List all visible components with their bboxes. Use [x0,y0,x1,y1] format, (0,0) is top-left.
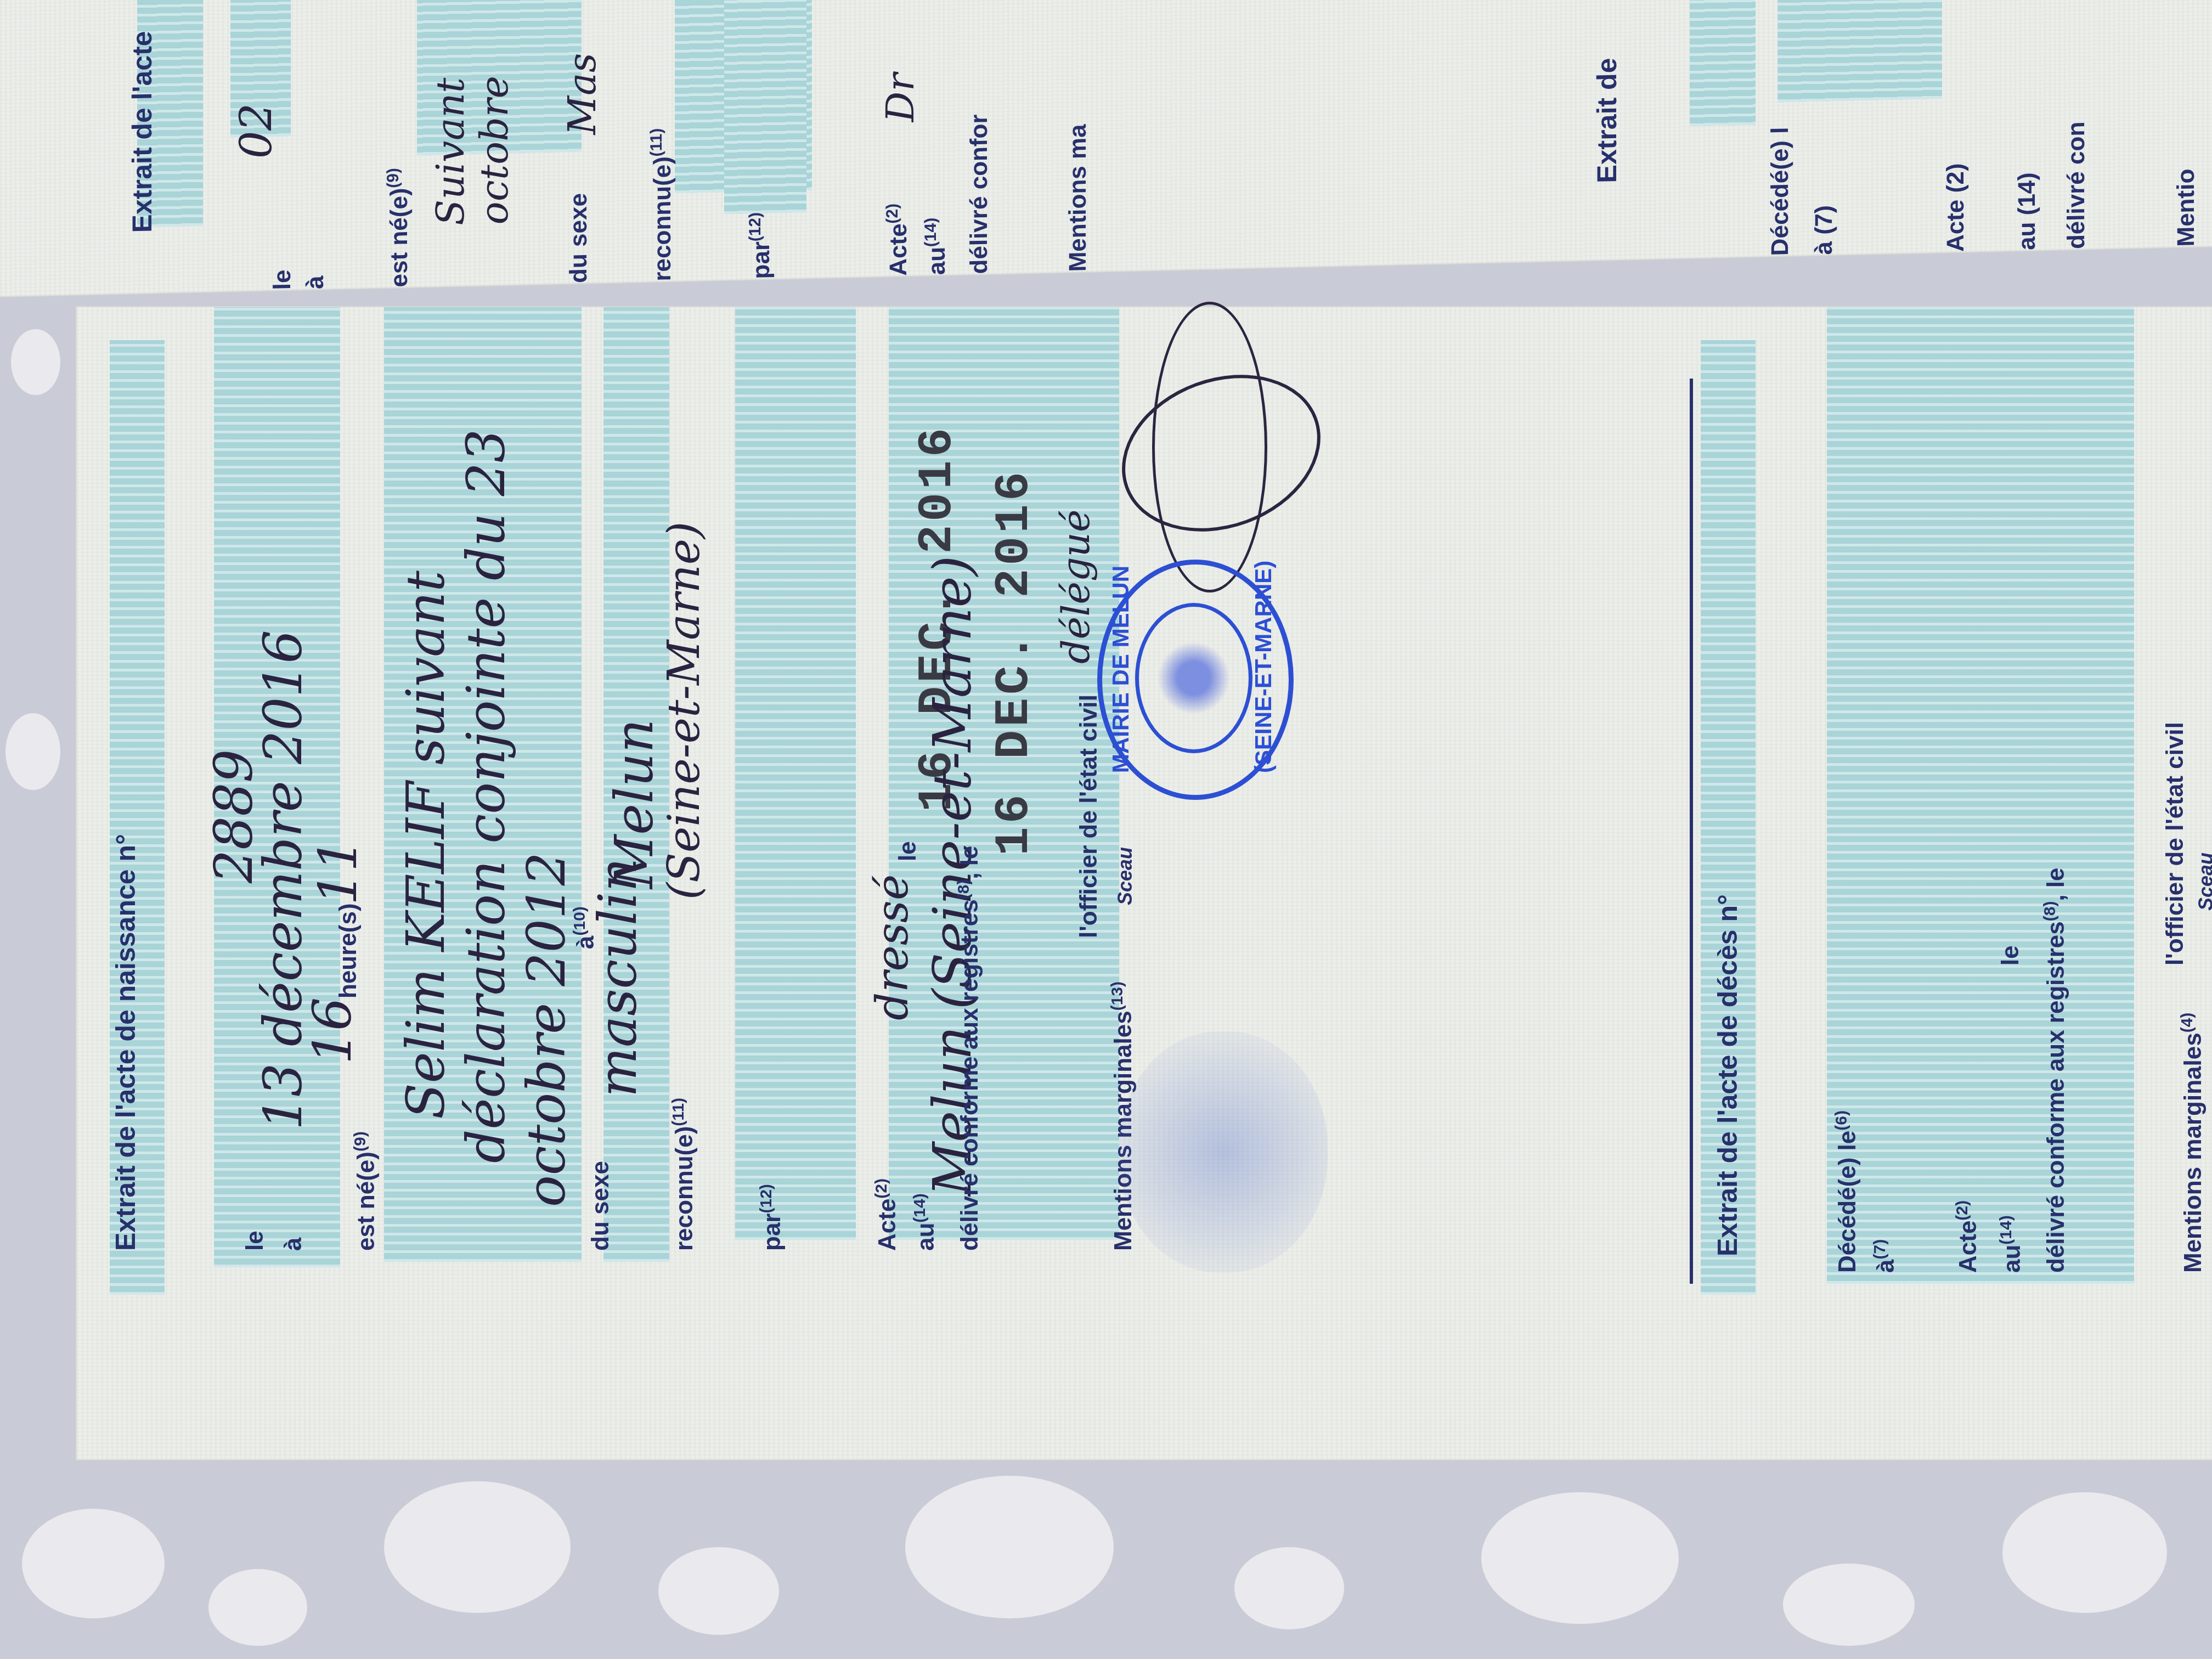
partial-label-acte: Acte(2) [883,203,912,276]
birth-label-delivre: délivré conforme aux registres(8), le [955,845,984,1251]
partial-label-delivre: délivré confor [966,114,993,274]
main-page: Extrait de l'acte de naissance n° 2889 l… [77,307,2212,1459]
birth-name-line2: déclaration conjointe du 23 [455,429,517,1163]
mairie-seal: MAIRIE DE MELUN (SEINE-ET-MARNE) [1097,560,1294,800]
partial-label-reconnu: reconnu(e)(11) [647,128,676,281]
partial-hand-line1: Suivant [428,77,473,227]
birth-label-le: le [241,1231,269,1251]
birth-name-line3: octobre 2012 [516,852,577,1207]
birth-name-line1: Selim KELIF suivant [395,571,456,1119]
partial-title: Extrait de l'acte [126,31,158,233]
death-label-au: au(14) [1997,1215,2026,1273]
birth-minutes: 11 [307,838,369,905]
partial-hand-acte: Dr [878,72,923,122]
faded-stamp [1119,1031,1328,1273]
birth-label-par: par(12) [757,1184,786,1251]
partial-label-au: au(14) [922,217,951,275]
partial-label-a: à [302,275,329,290]
partial-label-mentions: Mentions ma [1064,124,1092,272]
seal-top-text: MAIRIE DE MELUN [1108,566,1134,773]
partial-label-est-ne: est né(e)(9) [384,167,413,287]
partial-right-title: Extrait de [1591,58,1623,183]
death-divider-rule [1690,379,1693,1284]
birth-label-est-ne: est né(e)(9) [351,1131,380,1251]
partial-page-top: Extrait de l'acte 02 le à est né(e)(9) S… [0,0,2212,296]
partial-label-sexe: du sexe [565,193,592,284]
death-title: Extrait de l'acte de décès n° [1712,894,1743,1256]
birth-hour: 16 [302,997,363,1064]
birth-label-sceau: Sceau [1114,847,1137,905]
partial-right-mentions: Mentio [2172,168,2200,247]
death-label-sceau: Sceau [2194,853,2212,911]
partial-hand-line2: octobre [472,75,517,225]
birth-label-acte: Acte(2) [872,1178,901,1251]
birth-label-reconnu: reconnu(e)(11) [669,1098,698,1251]
death-label-acte: Acte(2) [1953,1200,1982,1273]
partial-right-au: au (14) [2013,172,2041,251]
seal-emblem-icon [1135,603,1252,753]
birth-label-officier: l'officier de l'état civil [1075,695,1103,938]
partial-right-decede: Décédé(e) l [1767,127,1794,256]
birth-label-a: à [280,1238,307,1251]
partial-right-acte: Acte (2) [1942,163,1970,252]
partial-right-delivre: délivré con [2063,121,2090,249]
death-label-officier: l'officier de l'état civil [2162,722,2189,966]
birth-label-heures: heure(s) [335,903,362,998]
birth-label-sexe: du sexe [587,1161,614,1251]
birth-officier-signature: délégué [1053,510,1098,664]
death-label-delivre: délivré conforme aux registres(8), le [2041,867,2070,1273]
birth-acte-status: dressé [867,874,918,1020]
seal-bottom-text: (SEINE-ET-MARNE) [1250,561,1277,773]
death-label-le: le [1997,945,2024,966]
death-label-a: à(7) [1871,1239,1900,1273]
partial-hand-sexe: Mas [560,53,605,136]
death-label-decede: Décédé(e) le(6) [1832,1110,1861,1273]
partial-number: 02 [230,103,281,160]
partial-label-par: par(12) [746,212,775,279]
birth-label-au: au(14) [911,1193,940,1251]
birth-sexe: masculin [587,858,648,1097]
birth-place-line2: (Seine-et-Marne) [658,522,709,900]
birth-delivre-date: 16 DEC. 2016 [988,469,1042,856]
birth-title: Extrait de l'acte de naissance n° [110,834,142,1251]
death-label-mentions: Mentions marginales(4) [2178,1013,2207,1273]
partial-label-le: le [269,269,296,290]
birth-label-acte-le: le [894,841,922,861]
signature-stroke [1152,302,1267,592]
partial-right-a: à (7) [1810,205,1838,255]
